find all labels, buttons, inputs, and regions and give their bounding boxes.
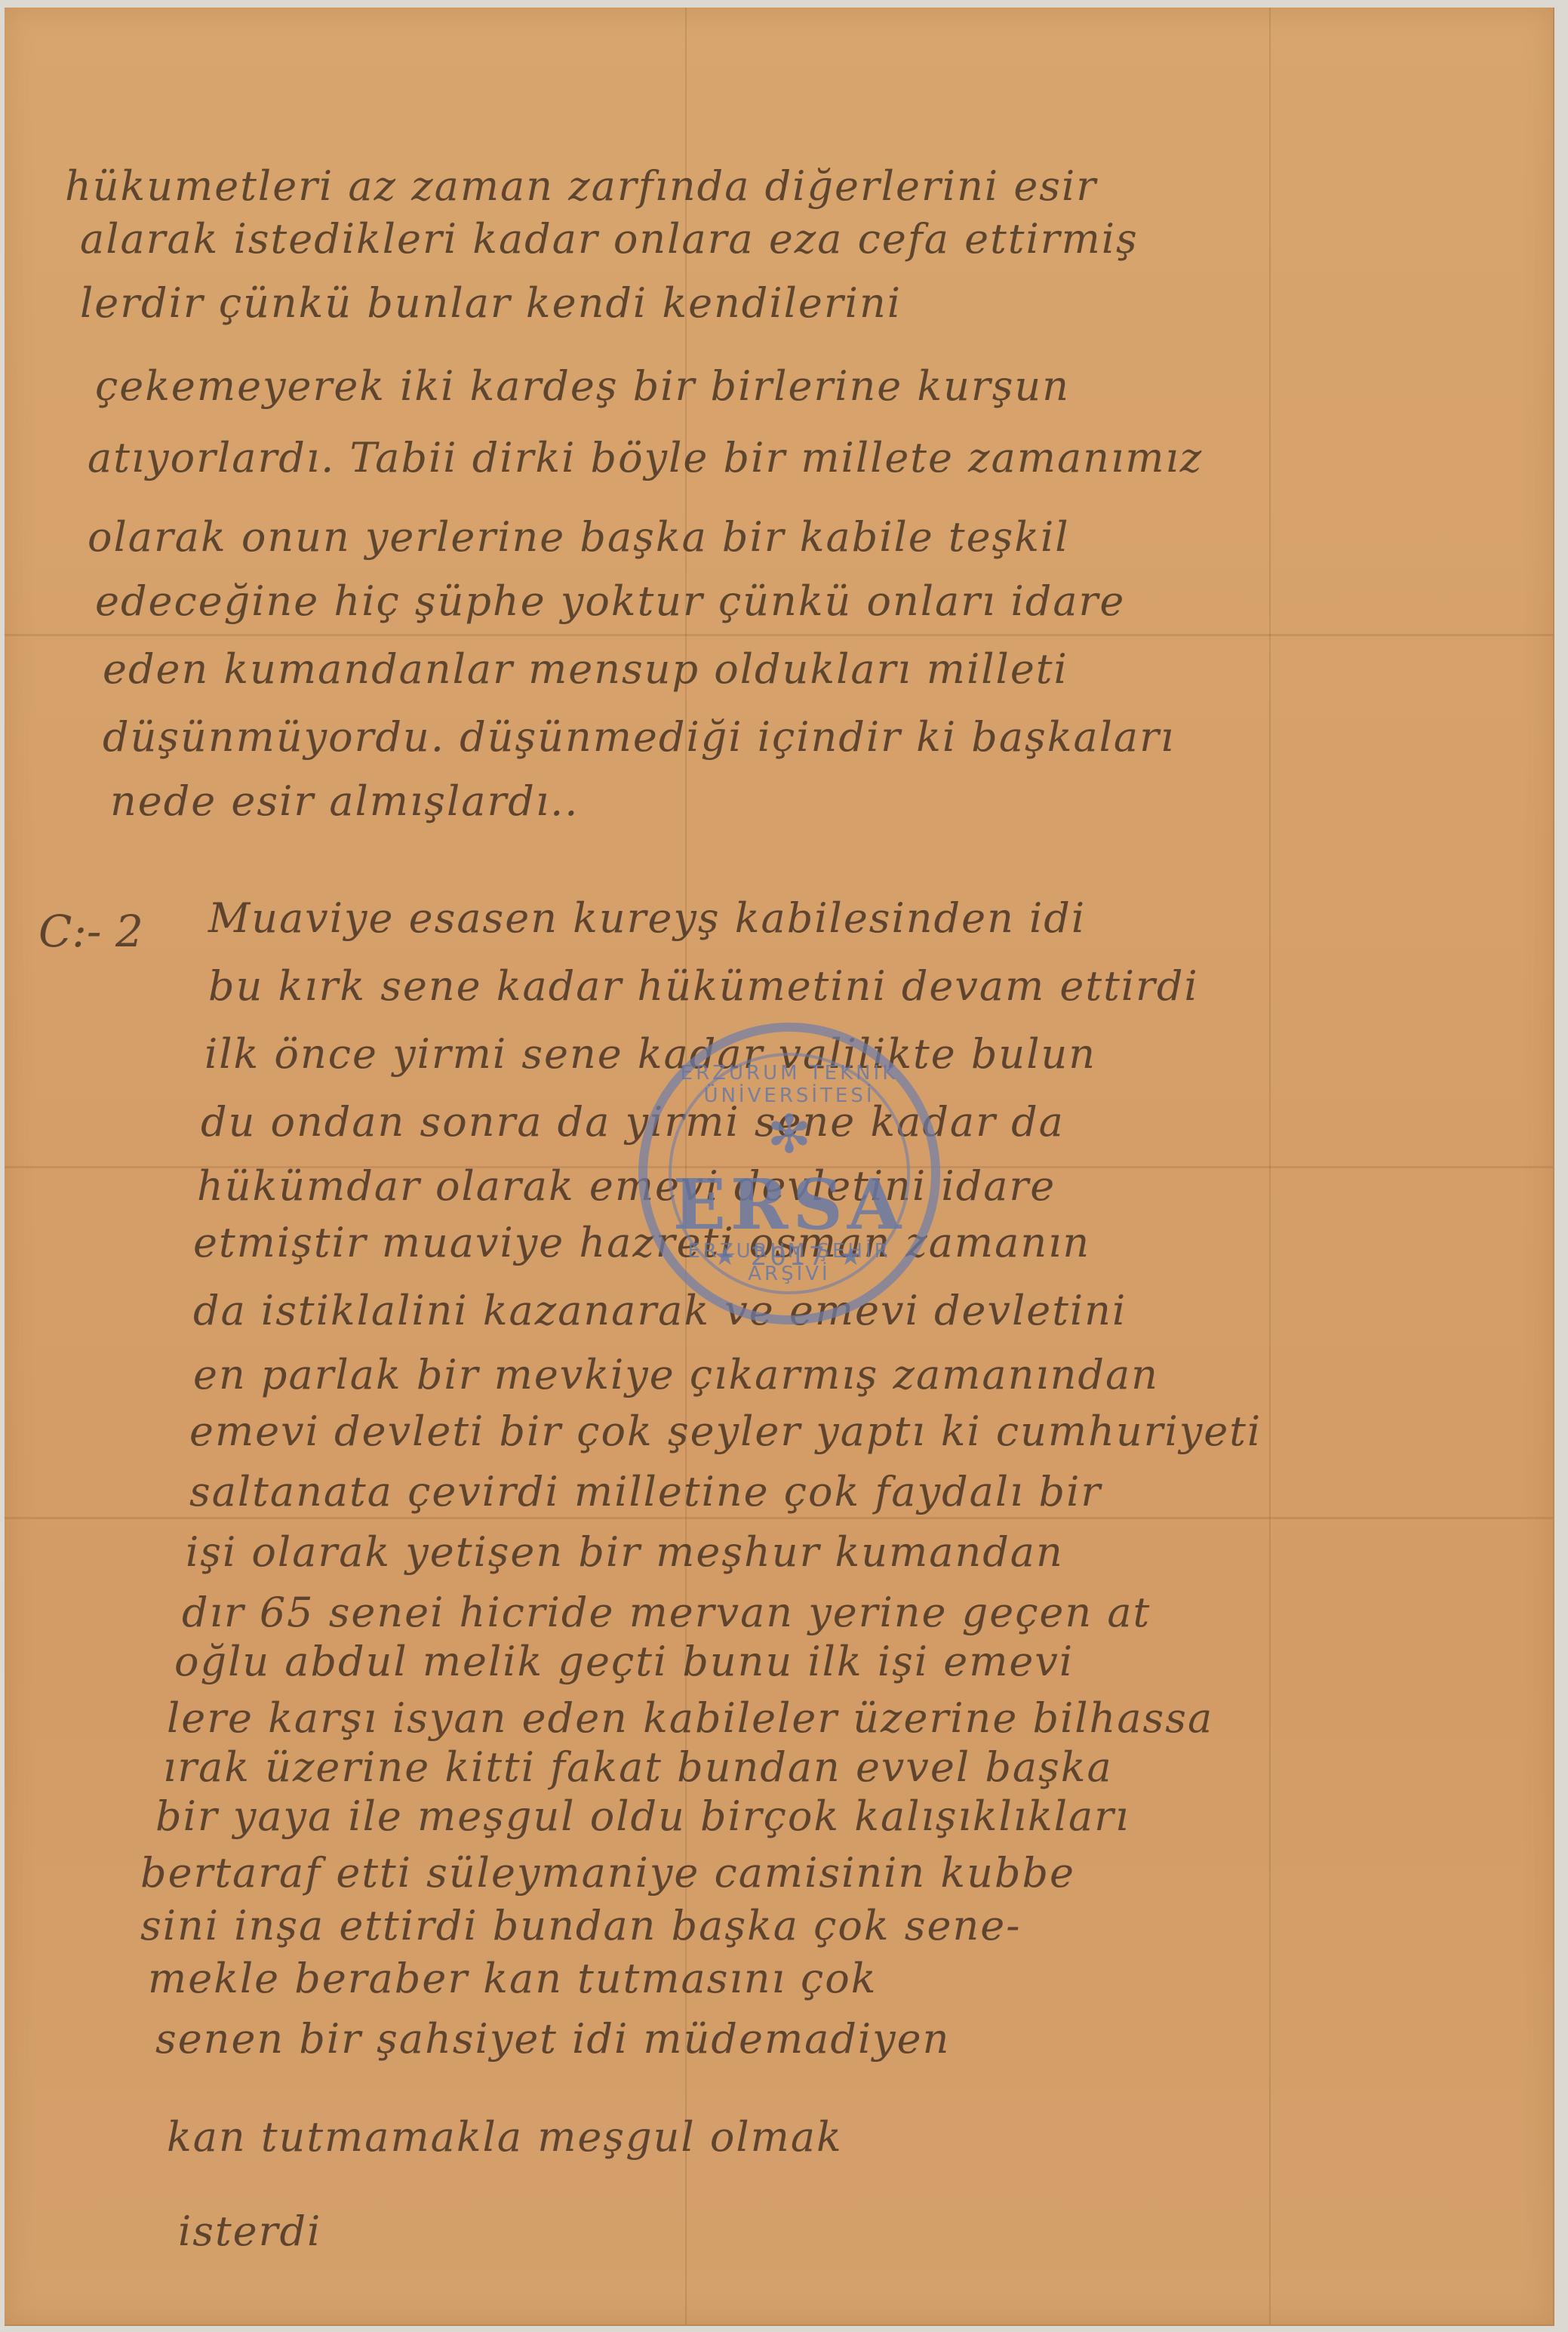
handwritten-line: olarak onun yerlerine başka bir kabile t… <box>88 513 1070 561</box>
handwritten-line: alarak istedikleri kadar onlara eza cefa… <box>80 215 1139 263</box>
snowflake-star-icon: ✻ <box>647 1103 931 1165</box>
handwritten-line: işi olarak yetişen bir meşhur kumandan <box>186 1528 1064 1576</box>
handwritten-line: saltanata çevirdi milletine çok faydalı … <box>189 1468 1102 1515</box>
handwritten-line: nede esir almışlardı.. <box>110 777 579 825</box>
handwritten-line: bu kırk sene kadar hükümetini devam etti… <box>208 962 1199 1010</box>
handwritten-line: senen bir şahsiyet idi müdemadiyen <box>155 2015 950 2063</box>
handwritten-line: oğlu abdul melik geçti bunu ilk işi emev… <box>174 1638 1074 1685</box>
handwritten-line: lerdir çünkü bunlar kendi kendilerini <box>80 279 902 327</box>
stamp-bottom-text: ERZURUM ŞEHİR ARŞİVİ <box>647 1240 931 1285</box>
handwritten-line: dır 65 senei hicride mervan yerine geçen… <box>182 1589 1151 1636</box>
archive-stamp: ERZURUM TEKNİK ÜNİVERSİTESİ ✻ ERSA ★ 201… <box>638 1023 940 1324</box>
handwritten-line: Muaviye esasen kureyş kabilesinden idi <box>208 894 1086 942</box>
handwritten-line: mekle beraber kan tutmasını çok <box>148 1955 877 2002</box>
answer-marker: C:- 2 <box>38 906 143 957</box>
handwritten-line: da istiklalini kazanarak ve emevi devlet… <box>193 1287 1127 1334</box>
letter-page: hükumetleri az zaman zarfında diğerlerin… <box>5 8 1554 2326</box>
handwritten-line: emevi devleti bir çok şeyler yaptı ki cu… <box>189 1408 1262 1455</box>
stamp-top-text: ERZURUM TEKNİK ÜNİVERSİTESİ <box>647 1062 931 1107</box>
handwritten-line: isterdi <box>178 2207 321 2255</box>
handwritten-line: çekemeyerek iki kardeş bir birlerine kur… <box>95 362 1070 410</box>
handwritten-line: hükumetleri az zaman zarfında diğerlerin… <box>65 162 1097 210</box>
handwritten-line: bir yaya ile meşgul oldu birçok kalışıkl… <box>155 1792 1130 1840</box>
handwritten-line: ırak üzerine kitti fakat bundan evvel ba… <box>163 1743 1113 1791</box>
handwritten-line: en parlak bir mevkiye çıkarmış zamanında… <box>193 1351 1159 1398</box>
handwritten-line: kan tutmamakla meşgul olmak <box>167 2113 843 2161</box>
stamp-title: ERSA <box>647 1164 931 1245</box>
handwritten-line: lere karşı isyan eden kabileler üzerine … <box>167 1694 1213 1742</box>
handwritten-line: düşünmüyordu. düşünmediği içindir ki baş… <box>103 713 1175 761</box>
fold-line-horizontal <box>5 634 1553 636</box>
handwritten-line: etmiştir muaviye hazreti osman zamanın <box>193 1219 1090 1266</box>
handwritten-line: edeceğine hiç şüphe yoktur çünkü onları … <box>95 577 1125 625</box>
handwritten-line: atıyorlardı. Tabii dirki böyle bir mille… <box>88 434 1203 481</box>
handwritten-line: eden kumandanlar mensup oldukları millet… <box>103 645 1068 693</box>
handwritten-line: bertaraf etti süleymaniye camisinin kubb… <box>140 1849 1075 1897</box>
handwritten-line: sini inşa ettirdi bundan başka çok sene- <box>140 1902 1021 1949</box>
fold-line-horizontal <box>5 1517 1553 1519</box>
